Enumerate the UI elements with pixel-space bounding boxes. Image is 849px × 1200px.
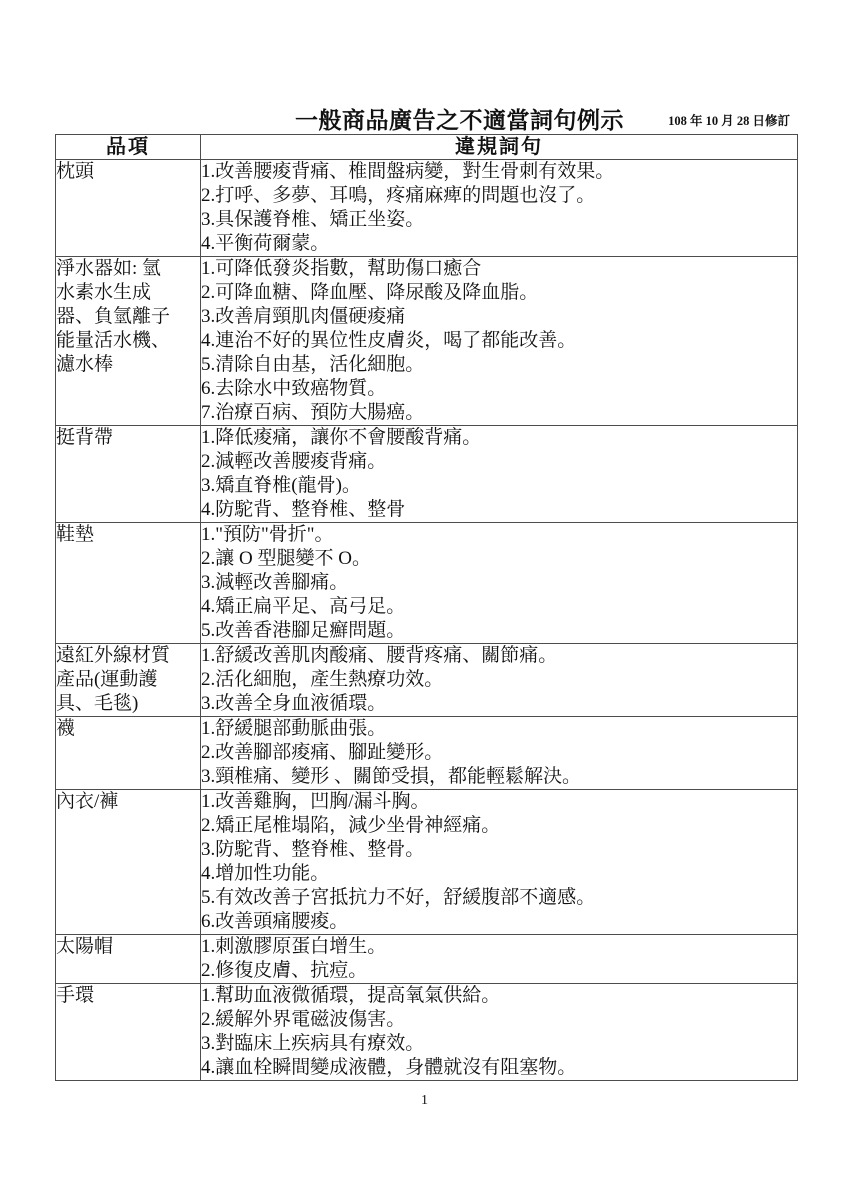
phrase-line: 1.刺激膠原蛋白增生。 — [201, 935, 797, 959]
phrase-line: 4.防駝背、整脊椎、整骨 — [201, 498, 797, 522]
phrase-line: 1.改善腰痠背痛、椎間盤病變，對生骨刺有效果。 — [201, 160, 797, 184]
phrase-line: 2.改善腳部痠痛、腳趾變形。 — [201, 741, 797, 765]
phrases-cell: 1.舒緩改善肌肉酸痛、腰背疼痛、關節痛。 2.活化細胞，產生熱療功效。 3.改善… — [201, 644, 798, 717]
phrase-line: 1.降低痠痛，讓你不會腰酸背痛。 — [201, 426, 797, 450]
phrase-line: 3.對臨床上疾病具有療效。 — [201, 1032, 797, 1056]
phrase-line: 2.讓 O 型腿變不 O。 — [201, 547, 797, 571]
item-name: 內衣/褲 — [56, 790, 201, 935]
phrase-line: 2.矯正尾椎塌陷，減少坐骨神經痛。 — [201, 814, 797, 838]
page-number: 1 — [0, 1093, 849, 1109]
phrases-cell: 1.舒緩腿部動脈曲張。 2.改善腳部痠痛、腳趾變形。 3.頸椎痛、變形 、關節受… — [201, 717, 798, 790]
violation-table: 品項 違規詞句 枕頭 1.改善腰痠背痛、椎間盤病變，對生骨刺有效果。 2.打呼、… — [55, 134, 798, 1081]
phrases-cell: 1.刺激膠原蛋白增生。 2.修復皮膚、抗痘。 — [201, 935, 798, 984]
phrase-line: 3.改善肩頸肌肉僵硬痠痛 — [201, 305, 797, 329]
revision-date: 108 年 10 月 28 日修訂 — [668, 111, 790, 129]
phrase-line: 4.矯正扁平足、高弓足。 — [201, 595, 797, 619]
phrase-line: 3.減輕改善腳痛。 — [201, 571, 797, 595]
phrases-cell: 1."預防"骨折"。 2.讓 O 型腿變不 O。 3.減輕改善腳痛。 4.矯正扁… — [201, 523, 798, 644]
document-header: 一般商品廣告之不適當詞句例示 108 年 10 月 28 日修訂 — [0, 0, 849, 134]
column-header-item: 品項 — [56, 135, 201, 160]
phrase-line: 4.增加性功能。 — [201, 862, 797, 886]
phrase-line: 1.幫助血液微循環，提高氧氣供給。 — [201, 984, 797, 1008]
phrase-line: 2.打呼、多夢、耳鳴，疼痛麻痺的問題也沒了。 — [201, 184, 797, 208]
table-row: 挺背帶 1.降低痠痛，讓你不會腰酸背痛。 2.減輕改善腰痠背痛。 3.矯直脊椎(… — [56, 426, 798, 523]
phrase-line: 3.防駝背、整脊椎、整骨。 — [201, 838, 797, 862]
phrase-line: 4.連治不好的異位性皮膚炎，喝了都能改善。 — [201, 329, 797, 353]
item-name: 淨水器如: 氫 水素水生成 器、負氫離子 能量活水機、 濾水棒 — [56, 257, 201, 426]
phrase-line: 2.緩解外界電磁波傷害。 — [201, 1008, 797, 1032]
item-name: 挺背帶 — [56, 426, 201, 523]
phrase-line: 2.活化細胞，產生熱療功效。 — [201, 668, 797, 692]
phrase-line: 1.舒緩改善肌肉酸痛、腰背疼痛、關節痛。 — [201, 644, 797, 668]
table-row: 內衣/褲 1.改善雞胸，凹胸/漏斗胸。 2.矯正尾椎塌陷，減少坐骨神經痛。 3.… — [56, 790, 798, 935]
phrase-line: 1."預防"骨折"。 — [201, 523, 797, 547]
phrase-line: 3.具保護脊椎、矯正坐姿。 — [201, 208, 797, 232]
phrase-line: 4.平衡荷爾蒙。 — [201, 232, 797, 256]
table-row: 手環 1.幫助血液微循環，提高氧氣供給。 2.緩解外界電磁波傷害。 3.對臨床上… — [56, 984, 798, 1081]
phrase-line: 1.可降低發炎指數，幫助傷口癒合 — [201, 257, 797, 281]
phrase-line: 5.改善香港腳足癬問題。 — [201, 619, 797, 643]
item-name: 遠紅外線材質 產品(運動護 具、毛毯) — [56, 644, 201, 717]
column-header-phrases: 違規詞句 — [201, 135, 798, 160]
table-row: 枕頭 1.改善腰痠背痛、椎間盤病變，對生骨刺有效果。 2.打呼、多夢、耳鳴，疼痛… — [56, 160, 798, 257]
item-name: 鞋墊 — [56, 523, 201, 644]
table-row: 淨水器如: 氫 水素水生成 器、負氫離子 能量活水機、 濾水棒 1.可降低發炎指… — [56, 257, 798, 426]
phrases-cell: 1.改善雞胸，凹胸/漏斗胸。 2.矯正尾椎塌陷，減少坐骨神經痛。 3.防駝背、整… — [201, 790, 798, 935]
phrase-line: 3.矯直脊椎(龍骨)。 — [201, 474, 797, 498]
phrase-line: 3.頸椎痛、變形 、關節受損，都能輕鬆解決。 — [201, 765, 797, 789]
phrase-line: 2.可降血糖、降血壓、降尿酸及降血脂。 — [201, 281, 797, 305]
item-name: 枕頭 — [56, 160, 201, 257]
phrase-line: 6.去除水中致癌物質。 — [201, 377, 797, 401]
table-row: 襪 1.舒緩腿部動脈曲張。 2.改善腳部痠痛、腳趾變形。 3.頸椎痛、變形 、關… — [56, 717, 798, 790]
phrase-line: 3.改善全身血液循環。 — [201, 692, 797, 716]
phrase-line: 2.修復皮膚、抗痘。 — [201, 959, 797, 983]
phrase-line: 1.改善雞胸，凹胸/漏斗胸。 — [201, 790, 797, 814]
phrase-line: 7.治療百病、預防大腸癌。 — [201, 401, 797, 425]
phrases-cell: 1.降低痠痛，讓你不會腰酸背痛。 2.減輕改善腰痠背痛。 3.矯直脊椎(龍骨)。… — [201, 426, 798, 523]
table-row: 遠紅外線材質 產品(運動護 具、毛毯) 1.舒緩改善肌肉酸痛、腰背疼痛、關節痛。… — [56, 644, 798, 717]
phrase-line: 6.改善頭痛腰痠。 — [201, 910, 797, 934]
phrase-line: 2.減輕改善腰痠背痛。 — [201, 450, 797, 474]
item-name: 手環 — [56, 984, 201, 1081]
item-name: 太陽帽 — [56, 935, 201, 984]
item-name: 襪 — [56, 717, 201, 790]
phrase-line: 4.讓血栓瞬間變成液體，身體就沒有阻塞物。 — [201, 1056, 797, 1080]
table-row: 太陽帽 1.刺激膠原蛋白增生。 2.修復皮膚、抗痘。 — [56, 935, 798, 984]
phrases-cell: 1.幫助血液微循環，提高氧氣供給。 2.緩解外界電磁波傷害。 3.對臨床上疾病具… — [201, 984, 798, 1081]
phrase-line: 1.舒緩腿部動脈曲張。 — [201, 717, 797, 741]
phrases-cell: 1.改善腰痠背痛、椎間盤病變，對生骨刺有效果。 2.打呼、多夢、耳鳴，疼痛麻痺的… — [201, 160, 798, 257]
table-row: 鞋墊 1."預防"骨折"。 2.讓 O 型腿變不 O。 3.減輕改善腳痛。 4.… — [56, 523, 798, 644]
table-header-row: 品項 違規詞句 — [56, 135, 798, 160]
phrase-line: 5.清除自由基，活化細胞。 — [201, 353, 797, 377]
phrase-line: 5.有效改善子宮抵抗力不好，舒緩腹部不適感。 — [201, 886, 797, 910]
phrases-cell: 1.可降低發炎指數，幫助傷口癒合 2.可降血糖、降血壓、降尿酸及降血脂。 3.改… — [201, 257, 798, 426]
